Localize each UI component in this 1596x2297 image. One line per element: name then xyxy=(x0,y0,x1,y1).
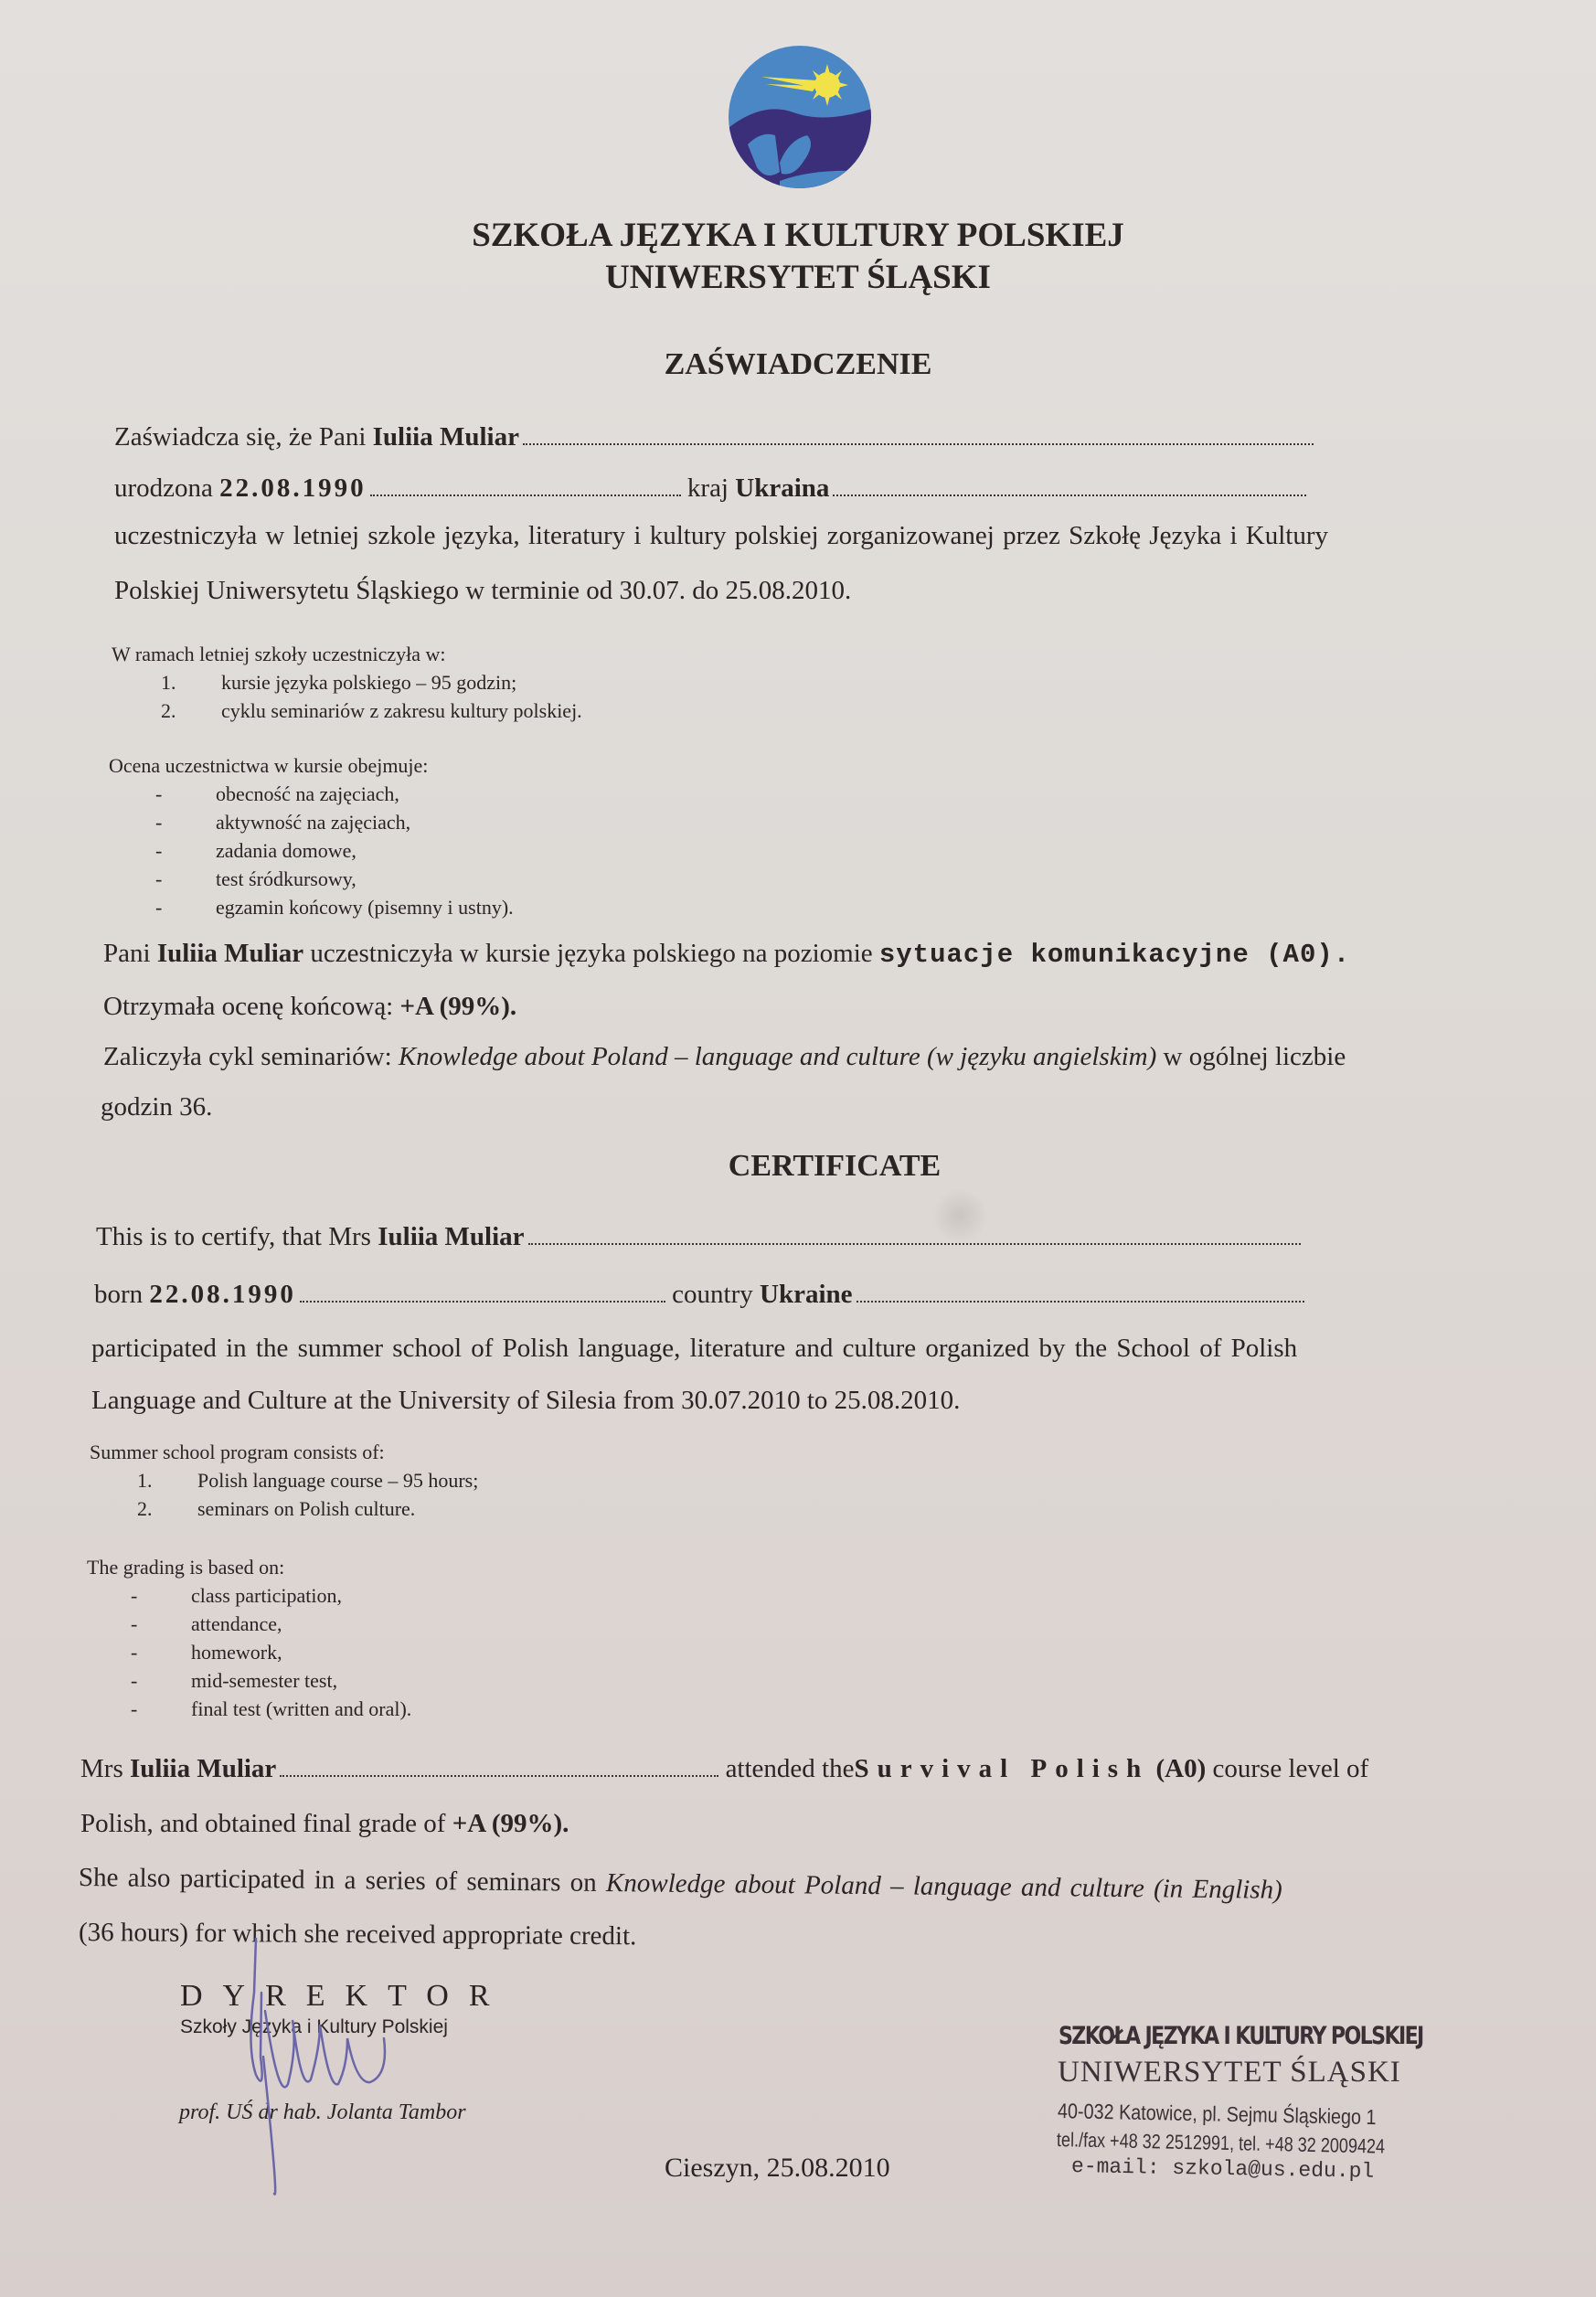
pl-seminar-hours: godzin 36. xyxy=(101,1092,212,1122)
en-grade-value: +A (99%). xyxy=(452,1809,569,1838)
list-marker: 2. xyxy=(137,1494,174,1523)
list-marker: - xyxy=(155,808,192,836)
en-level-middle: attended the xyxy=(726,1754,855,1783)
en-paragraph-line2: Language and Culture at the University o… xyxy=(91,1386,960,1416)
school-logo-icon xyxy=(725,44,875,190)
en-program-item: 2.seminars on Polish culture. xyxy=(137,1494,478,1523)
dotted-fill xyxy=(280,1775,718,1777)
en-program-item: 1.Polish language course – 95 hours; xyxy=(137,1466,478,1494)
list-marker: 1. xyxy=(161,668,197,697)
en-country-label: country xyxy=(672,1280,753,1309)
en-grading-item: -homework, xyxy=(131,1638,411,1666)
en-born-label: born xyxy=(94,1280,143,1309)
list-marker: - xyxy=(155,780,192,808)
list-marker: - xyxy=(131,1695,167,1723)
polish-title: ZAŚWIADCZENIE xyxy=(0,347,1596,382)
pl-program-list: 1.kursie języka polskiego – 95 godzin;2.… xyxy=(161,668,582,725)
pl-paragraph-line1: uczestniczyła w letniej szkole języka, l… xyxy=(114,521,1328,551)
pl-grade-line: Otrzymała ocenę końcową: +A (99%). xyxy=(103,992,516,1022)
pl-level-line: Pani Iuliia Muliar uczestniczyła w kursi… xyxy=(103,939,1350,970)
dotted-fill xyxy=(300,1301,665,1303)
stamp-phones: tel./fax +48 32 2512991, tel. +48 32 200… xyxy=(1057,2128,1385,2159)
en-seminar-line: She also participated in a series of sem… xyxy=(79,1863,1282,1906)
en-level-suffix: course level of xyxy=(1213,1754,1369,1783)
director-school: Szkoły Języka i Kultury Polskiej xyxy=(180,2016,448,2038)
list-item-text: test śródkursowy, xyxy=(216,867,356,890)
en-grading-item: -final test (written and oral). xyxy=(131,1695,411,1723)
list-item-text: attendance, xyxy=(191,1612,282,1635)
pl-certify-prefix: Zaświadcza się, że Pani xyxy=(114,422,366,452)
en-grading-item: -attendance, xyxy=(131,1610,411,1638)
en-level-prefix: Mrs xyxy=(80,1754,123,1783)
list-item-text: mid-semester test, xyxy=(191,1669,337,1692)
en-level-name: Iuliia Muliar xyxy=(130,1754,276,1783)
list-item-text: egzamin końcowy (pisemny i ustny). xyxy=(216,896,514,919)
list-marker: 2. xyxy=(161,697,197,725)
pl-grading-item: -zadania domowe, xyxy=(155,836,514,865)
list-marker: - xyxy=(155,865,192,893)
en-grade-line: Polish, and obtained final grade of +A (… xyxy=(80,1809,569,1839)
pl-seminar-suffix: w ogólnej liczbie xyxy=(1164,1042,1346,1071)
list-item-text: zadania domowe, xyxy=(216,839,356,862)
dotted-fill xyxy=(857,1301,1304,1303)
stamp-university-line: UNIWERSYTET ŚLĄSKI xyxy=(1058,2056,1401,2090)
en-seminar-title: Knowledge about Poland – language and cu… xyxy=(606,1868,1282,1905)
en-seminar-credit: (36 hours) for which she received approp… xyxy=(79,1918,637,1951)
list-marker: 1. xyxy=(137,1466,174,1494)
list-item-text: final test (written and oral). xyxy=(191,1697,411,1720)
dotted-fill xyxy=(523,443,1314,445)
en-level-value: Survival Polish xyxy=(854,1754,1149,1783)
pl-birth-line: urodzona 22.08.1990 kraj Ukraina xyxy=(114,473,1306,504)
list-item-text: seminars on Polish culture. xyxy=(197,1497,415,1520)
list-marker: - xyxy=(131,1610,167,1638)
certificate-title: CERTIFICATE xyxy=(37,1149,1596,1184)
certificate-page: SZKOŁA JĘZYKA I KULTURY POLSKIEJ UNIWERS… xyxy=(0,0,1596,2297)
dotted-fill xyxy=(370,494,681,496)
list-item-text: obecność na zajęciach, xyxy=(216,782,399,805)
list-item-text: homework, xyxy=(191,1641,282,1664)
en-grading-item: -mid-semester test, xyxy=(131,1666,411,1695)
pl-grade-value: +A (99%). xyxy=(400,992,517,1021)
en-level-line: Mrs Iuliia Muliar attended theSurvival P… xyxy=(80,1754,1368,1784)
en-grading-list: -class participation,-attendance,-homewo… xyxy=(131,1581,411,1723)
en-level-code: (A0) xyxy=(1155,1754,1206,1783)
pl-paragraph-line2: Polskiej Uniwersytetu Śląskiego w termin… xyxy=(114,576,851,606)
en-seminar-prefix: She also participated in a series of sem… xyxy=(79,1863,597,1898)
dotted-fill xyxy=(833,494,1306,496)
en-grade-prefix: Polish, and obtained final grade of xyxy=(80,1809,445,1838)
pl-program-item: 2.cyklu seminariów z zakresu kultury pol… xyxy=(161,697,582,725)
university-name: UNIWERSYTET ŚLĄSKI xyxy=(0,258,1596,297)
director-title: DYREKTOR xyxy=(180,1979,510,2014)
list-marker: - xyxy=(131,1638,167,1666)
pl-seminar-prefix: Zaliczyła cykl seminariów: xyxy=(103,1042,392,1071)
director-name: prof. UŚ dr hab. Jolanta Tambor xyxy=(179,2100,466,2125)
stamp-school-line: SZKOŁA JĘZYKA I KULTURY POLSKIEJ xyxy=(1059,2022,1423,2050)
en-grading-item: -class participation, xyxy=(131,1581,411,1610)
en-program-intro: Summer school program consists of: xyxy=(90,1438,385,1466)
pl-recipient-name: Iuliia Muliar xyxy=(373,422,519,452)
pl-level-name: Iuliia Muliar xyxy=(157,939,303,968)
pl-level-middle: uczestniczyła w kursie języka polskiego … xyxy=(310,939,872,968)
en-birth-line: born 22.08.1990 country Ukraine xyxy=(94,1280,1304,1310)
en-program-list: 1.Polish language course – 95 hours;2.se… xyxy=(137,1466,478,1523)
list-item-text: aktywność na zajęciach, xyxy=(216,811,410,834)
pl-grade-label: Otrzymała ocenę końcową: xyxy=(103,992,393,1021)
pl-level-prefix: Pani xyxy=(103,939,151,968)
en-recipient-name: Iuliia Muliar xyxy=(378,1222,524,1251)
pl-program-item: 1.kursie języka polskiego – 95 godzin; xyxy=(161,668,582,697)
list-item-text: cyklu seminariów z zakresu kultury polsk… xyxy=(221,699,582,722)
pl-grading-intro: Ocena uczestnictwa w kursie obejmuje: xyxy=(109,751,428,780)
pl-grading-item: -aktywność na zajęciach, xyxy=(155,808,514,836)
pl-grading-item: -obecność na zajęciach, xyxy=(155,780,514,808)
pl-seminar-title: Knowledge about Poland – language and cu… xyxy=(399,1042,1156,1071)
stamp-address: 40-032 Katowice, pl. Sejmu Śląskiego 1 xyxy=(1058,2099,1377,2130)
pl-country: Ukraina xyxy=(735,473,829,503)
place-and-date: Cieszyn, 25.08.2010 xyxy=(665,2153,890,2184)
pl-certify-line: Zaświadcza się, że Pani Iuliia Muliar xyxy=(114,422,1314,452)
en-country: Ukraine xyxy=(760,1280,853,1309)
pl-program-intro: W ramach letniej szkoły uczestniczyła w: xyxy=(112,640,446,668)
list-marker: - xyxy=(131,1581,167,1610)
institution-name: SZKOŁA JĘZYKA I KULTURY POLSKIEJ xyxy=(0,216,1596,255)
en-certify-line: This is to certify, that Mrs Iuliia Muli… xyxy=(96,1222,1301,1252)
en-paragraph-line1: participated in the summer school of Pol… xyxy=(91,1334,1297,1364)
list-marker: - xyxy=(131,1666,167,1695)
list-item-text: Polish language course – 95 hours; xyxy=(197,1469,478,1492)
list-item-text: class participation, xyxy=(191,1584,342,1607)
stamp-email: e-mail: szkola@us.edu.pl xyxy=(1071,2154,1375,2184)
pl-grading-item: -test śródkursowy, xyxy=(155,865,514,893)
en-certify-prefix: This is to certify, that Mrs xyxy=(96,1222,371,1251)
pl-level-value: sytuacje komunikacyjne (A0). xyxy=(879,940,1350,970)
dotted-fill xyxy=(528,1243,1301,1245)
pl-birth-date: 22.08.1990 xyxy=(219,473,367,503)
list-marker: - xyxy=(155,893,192,921)
pl-seminar-line: Zaliczyła cykl seminariów: Knowledge abo… xyxy=(103,1042,1346,1072)
list-item-text: kursie języka polskiego – 95 godzin; xyxy=(221,671,516,694)
list-marker: - xyxy=(155,836,192,865)
pl-born-label: urodzona xyxy=(114,473,213,503)
pl-country-label: kraj xyxy=(687,473,729,503)
pl-grading-item: -egzamin końcowy (pisemny i ustny). xyxy=(155,893,514,921)
en-birth-date: 22.08.1990 xyxy=(149,1280,296,1309)
pl-grading-list: -obecność na zajęciach,-aktywność na zaj… xyxy=(155,780,514,921)
en-grading-intro: The grading is based on: xyxy=(87,1553,284,1581)
